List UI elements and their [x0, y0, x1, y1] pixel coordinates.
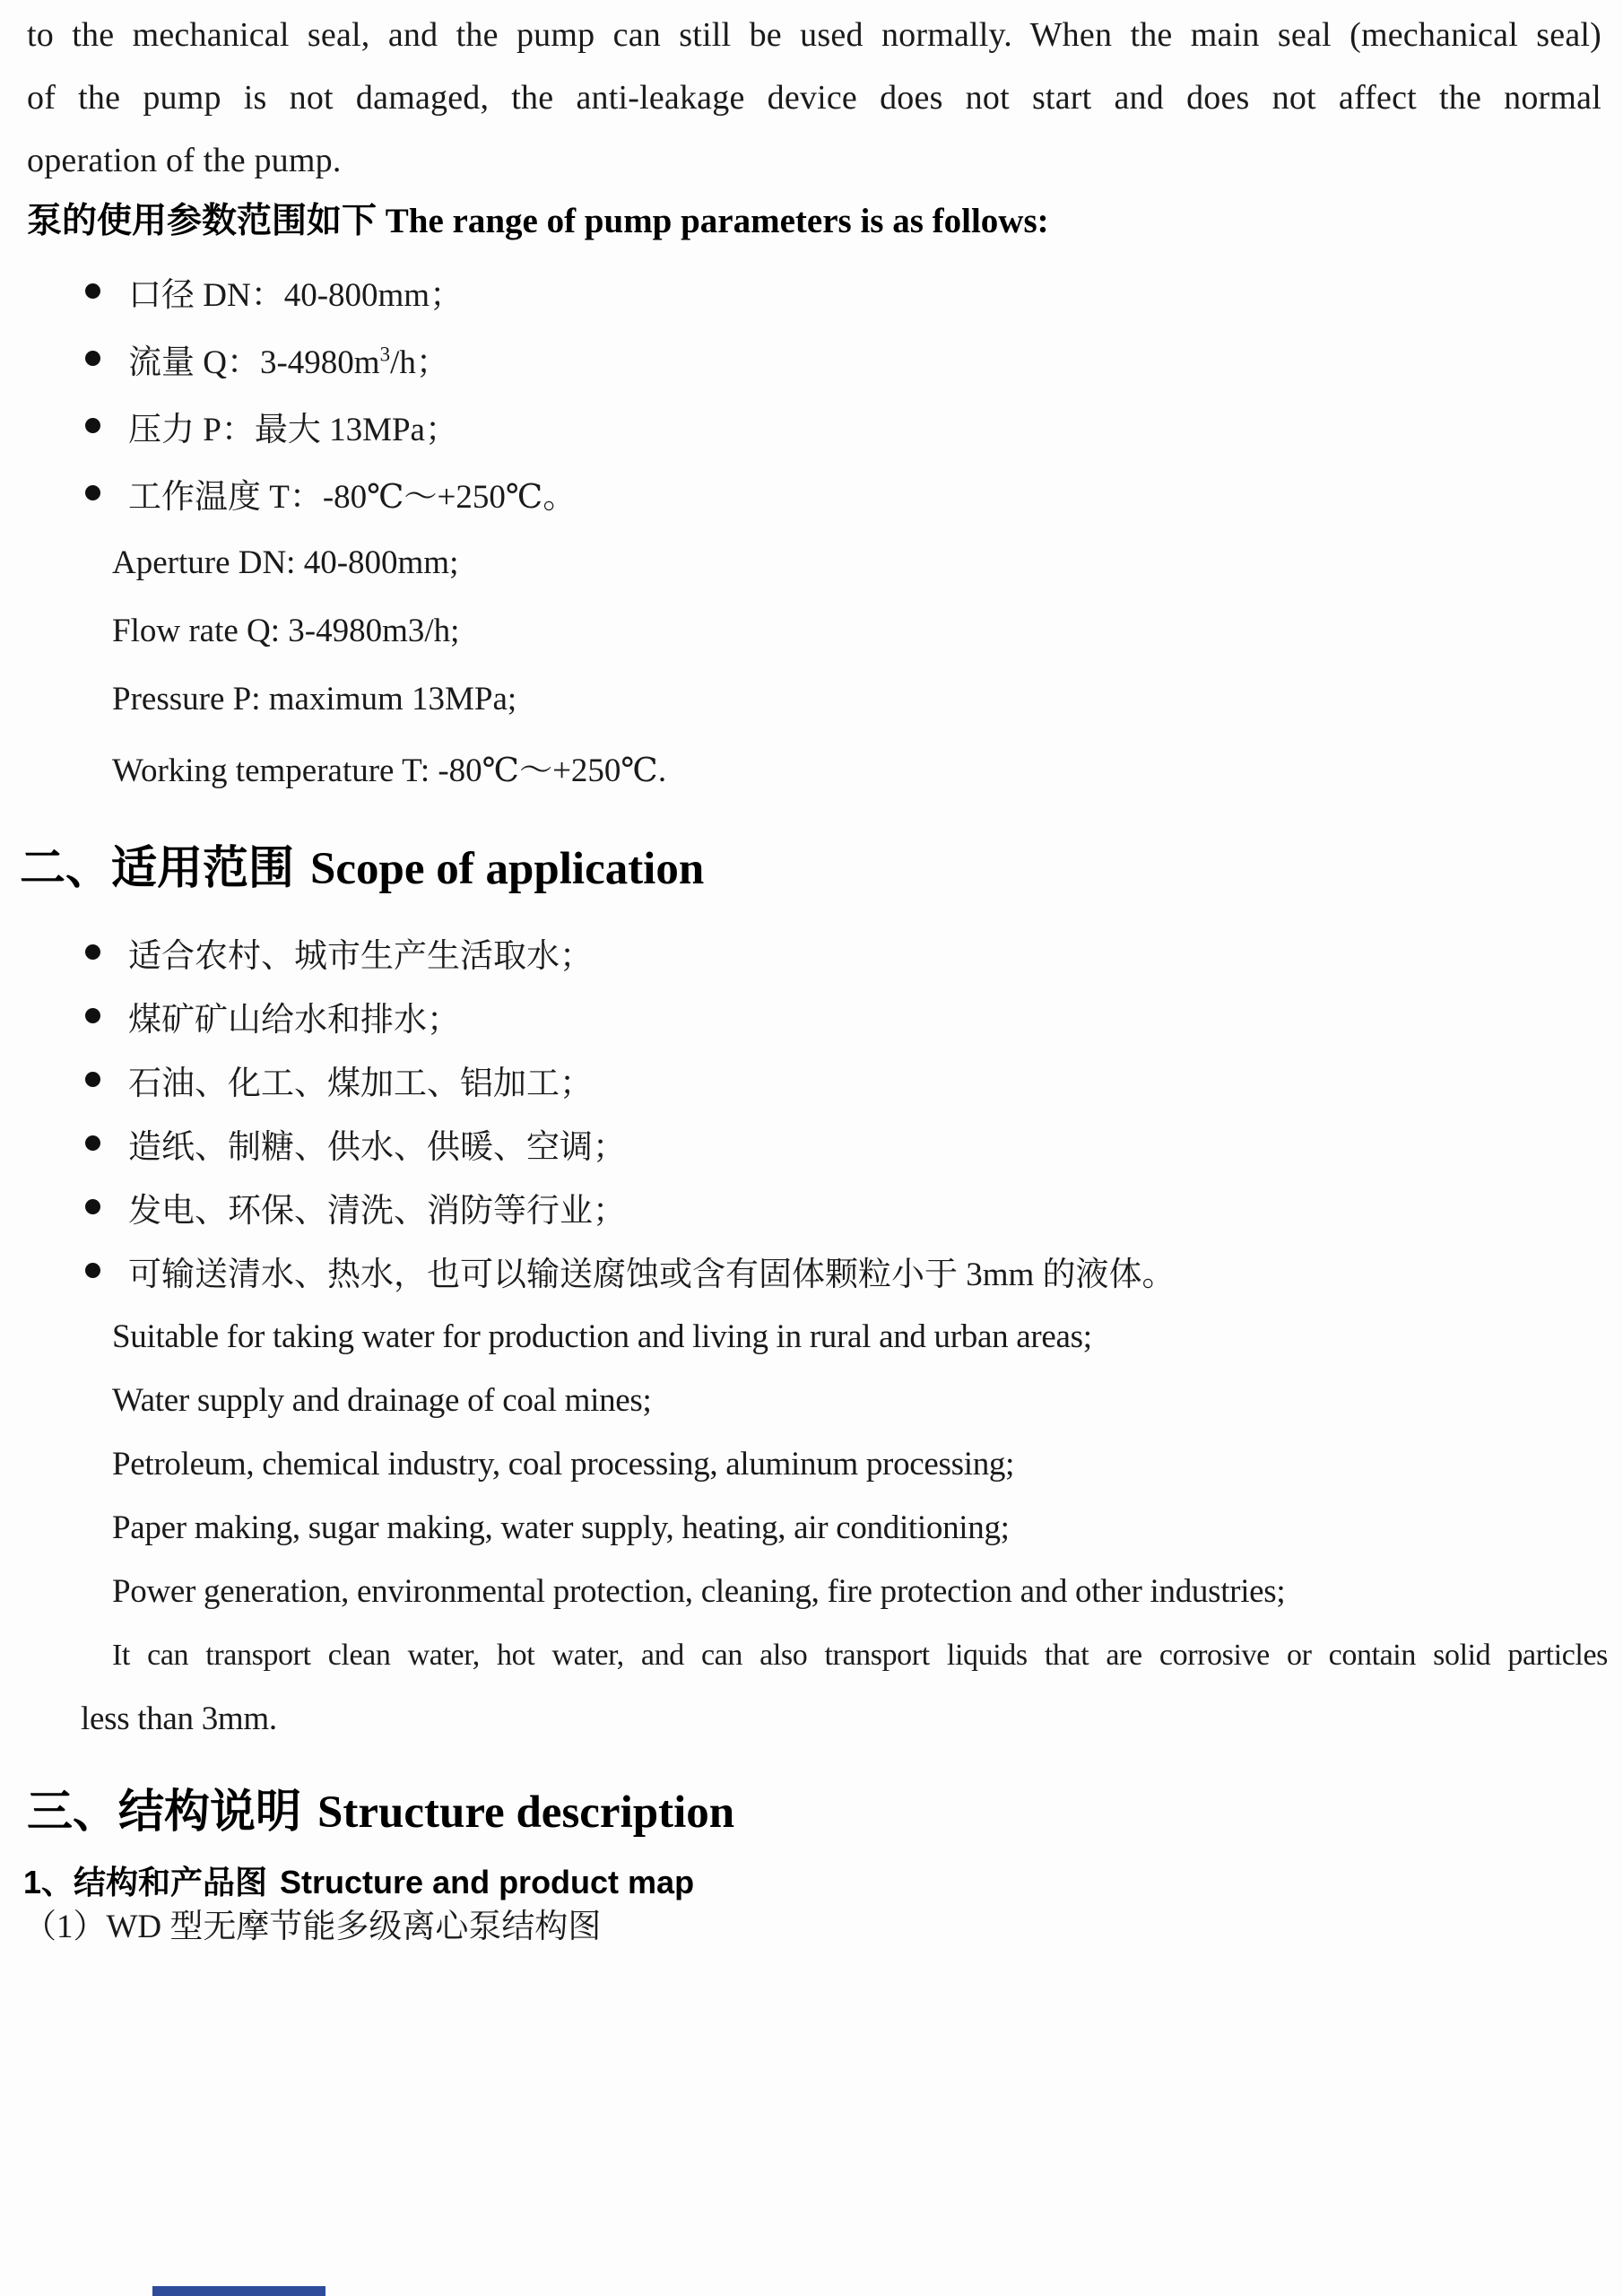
scope-english-line: less than 3mm.	[81, 1687, 1608, 1751]
bullet-dot-icon	[85, 1135, 100, 1151]
bullet-item: 适合农村、城市生产生活取水；	[85, 920, 1596, 984]
scope-english-line: Paper making, sugar making, water supply…	[112, 1496, 1608, 1560]
bullet-item: 流量 Q：3-4980m3/h；	[85, 325, 1596, 392]
bullet-text: 石油、化工、煤加工、铝加工；	[128, 1056, 593, 1104]
bullet-dot-icon	[85, 283, 100, 299]
figure-caption: （1）WD 型无摩节能多级离心泵结构图	[23, 1905, 601, 1950]
intro-line: to the mechanical seal, and the pump can…	[27, 4, 1601, 66]
bullet-text: 可输送清水、热水，也可以输送腐蚀或含有固体颗粒小于 3mm 的液体。	[128, 1247, 1176, 1295]
bullet-dot-icon	[85, 418, 100, 433]
bullet-dot-icon	[85, 351, 100, 366]
section-heading-en: Scope of application	[310, 844, 704, 894]
bullet-item: 可输送清水、热水，也可以输送腐蚀或含有固体颗粒小于 3mm 的液体。	[85, 1239, 1596, 1302]
param-english-line: Flow rate Q: 3-4980m3/h;	[112, 596, 666, 665]
bullet-text: 压力 P：最大 13MPa；	[128, 402, 458, 450]
bullet-dot-icon	[85, 1263, 100, 1278]
bullet-text: 流量 Q：3-4980m3/h；	[128, 335, 449, 383]
section-heading-en: Structure description	[317, 1787, 734, 1838]
bullet-text: 口径 DN：40-800mm；	[128, 267, 463, 316]
intro-line: operation of the pump.	[27, 129, 1601, 192]
section-heading-zh: 三、结构说明	[27, 1787, 301, 1838]
scope-english-paragraphs: Suitable for taking water for production…	[112, 1305, 1608, 1751]
subsection-heading-zh: 1、结构和产品图	[23, 1864, 267, 1900]
scope-english-line: Water supply and drainage of coal mines;	[112, 1369, 1608, 1432]
param-english-list: Aperture DN: 40-800mm; Flow rate Q: 3-49…	[112, 528, 666, 801]
scope-english-line: It can transport clean water, hot water,…	[112, 1623, 1608, 1687]
scope-english-line: Suitable for taking water for production…	[112, 1305, 1608, 1369]
intro-line: of the pump is not damaged, the anti-lea…	[27, 66, 1601, 129]
bullet-item: 发电、环保、清洗、消防等行业；	[85, 1175, 1596, 1239]
subsection-heading-en: Structure and product map	[280, 1864, 694, 1900]
accent-bar	[152, 2286, 325, 2296]
bullet-item: 煤矿矿山给水和排水；	[85, 984, 1596, 1048]
section-heading-scope: 二、适用范围Scope of application	[20, 841, 704, 897]
bullet-dot-icon	[85, 1008, 100, 1023]
bullet-dot-icon	[85, 1199, 100, 1214]
section-heading-structure: 三、结构说明Structure description	[27, 1785, 734, 1840]
scope-english-line: Power generation, environmental protecti…	[112, 1560, 1608, 1623]
param-english-line: Working temperature T: -80℃～+250℃.	[112, 733, 666, 801]
param-english-line: Aperture DN: 40-800mm;	[112, 528, 666, 596]
intro-paragraph: to the mechanical seal, and the pump can…	[27, 4, 1601, 192]
params-heading: 泵的使用参数范围如下 The range of pump parameters …	[27, 199, 1601, 244]
scope-bullet-list: 适合农村、城市生产生活取水； 煤矿矿山给水和排水； 石油、化工、煤加工、铝加工；…	[85, 920, 1596, 1302]
bullet-dot-icon	[85, 485, 100, 500]
bullet-item: 石油、化工、煤加工、铝加工；	[85, 1048, 1596, 1111]
subsection-heading: 1、结构和产品图Structure and product map	[23, 1862, 694, 1903]
section-heading-zh: 二、适用范围	[20, 844, 294, 894]
scope-english-line: Petroleum, chemical industry, coal proce…	[112, 1432, 1608, 1496]
bullet-text: 工作温度 T：-80℃～+250℃。	[128, 469, 576, 517]
param-english-line: Pressure P: maximum 13MPa;	[112, 665, 666, 733]
param-bullet-list: 口径 DN：40-800mm； 流量 Q：3-4980m3/h； 压力 P：最大…	[85, 257, 1596, 526]
bullet-text: 煤矿矿山给水和排水；	[128, 992, 460, 1040]
bullet-text: 发电、环保、清洗、消防等行业；	[128, 1183, 626, 1231]
bullet-item: 压力 P：最大 13MPa；	[85, 392, 1596, 459]
bullet-dot-icon	[85, 944, 100, 960]
bullet-dot-icon	[85, 1072, 100, 1087]
bullet-text: 造纸、制糖、供水、供暖、空调；	[128, 1119, 626, 1168]
document-page: { "page": { "background": "#fdfdfd", "te…	[0, 0, 1623, 2296]
bullet-text: 适合农村、城市生产生活取水；	[128, 928, 593, 977]
bullet-item: 造纸、制糖、供水、供暖、空调；	[85, 1111, 1596, 1175]
bullet-item: 口径 DN：40-800mm；	[85, 257, 1596, 325]
bullet-item: 工作温度 T：-80℃～+250℃。	[85, 459, 1596, 526]
